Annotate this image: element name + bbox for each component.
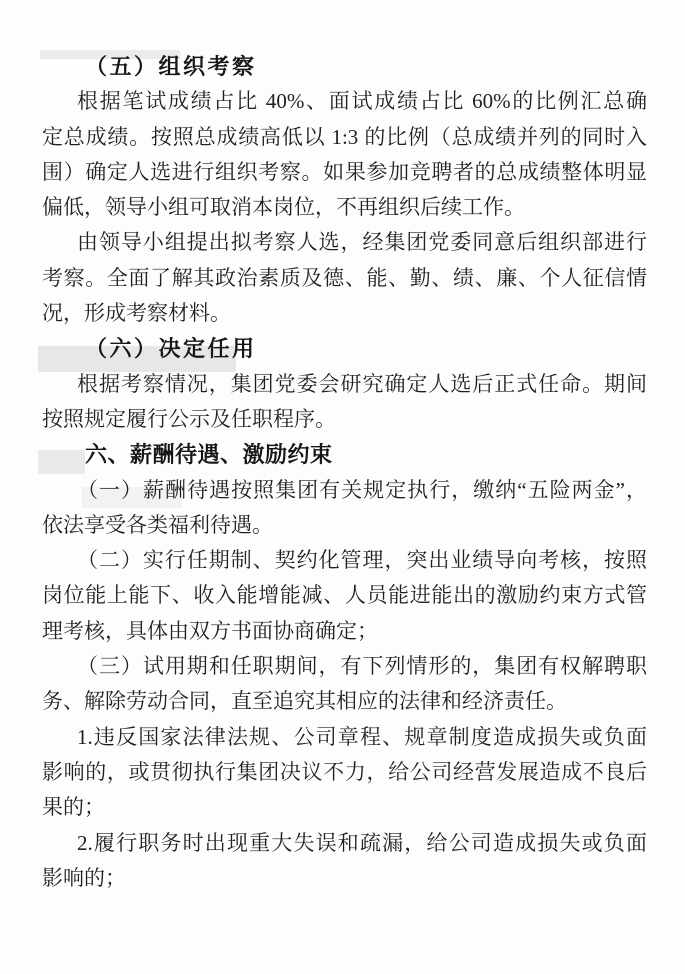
paragraph-line: 围）确定人选进行组织考察。如果参加竞聘者的总成绩整体明显 <box>42 155 647 190</box>
paragraph-line: 依法享受各类福利待遇。 <box>42 508 647 543</box>
paragraph-line: 按照规定履行公示及任职程序。 <box>42 402 647 437</box>
heading-chapter-6: 六、薪酬待遇、激励约束 <box>42 437 647 472</box>
paragraph-line: 根据笔试成绩占比 40%、面试成绩占比 60%的比例汇总确 <box>42 84 647 119</box>
paragraph-line: （一）薪酬待遇按照集团有关规定执行，缴纳“五险两金”， <box>42 473 647 508</box>
paragraph-line: 理考核，具体由双方书面协商确定； <box>42 614 647 649</box>
paragraph-line: 况，形成考察材料。 <box>42 296 647 331</box>
paragraph-line: 2.履行职务时出现重大失误和疏漏，给公司造成损失或负面 <box>42 826 647 861</box>
paragraph-line: 影响的，或贯彻执行集团决议不力，给公司经营发展造成不良后 <box>42 755 647 790</box>
paragraph-line: 果的； <box>42 790 647 825</box>
heading-section-6: （六）决定任用 <box>42 331 647 366</box>
paragraph-line: 偏低，领导小组可取消本岗位，不再组织后续工作。 <box>42 190 647 225</box>
paragraph-line: 1.违反国家法律法规、公司章程、规章制度造成损失或负面 <box>42 720 647 755</box>
paragraph-line: （三）试用期和任职期间，有下列情形的，集团有权解聘职 <box>42 649 647 684</box>
paragraph-line: （二）实行任期制、契约化管理，突出业绩导向考核，按照 <box>42 543 647 578</box>
paragraph-line: 岗位能上能下、收入能增能减、人员能进能出的激励约束方式管 <box>42 578 647 613</box>
heading-section-5: （五）组织考察 <box>42 49 647 84</box>
paragraph-line: 影响的； <box>42 861 647 896</box>
paragraph-line: 考察。全面了解其政治素质及德、能、勤、绩、廉、个人征信情 <box>42 261 647 296</box>
document-page: （五）组织考察根据笔试成绩占比 40%、面试成绩占比 60%的比例汇总确定总成绩… <box>0 0 685 974</box>
paragraph-line: 务、解除劳动合同，直至追究其相应的法律和经济责任。 <box>42 684 647 719</box>
paragraph-line: 定总成绩。按照总成绩高低以 1:3 的比例（总成绩并列的同时入 <box>42 120 647 155</box>
paragraph-line: 根据考察情况，集团党委会研究确定人选后正式任命。期间 <box>42 367 647 402</box>
document-body: （五）组织考察根据笔试成绩占比 40%、面试成绩占比 60%的比例汇总确定总成绩… <box>42 49 647 896</box>
paragraph-line: 由领导小组提出拟考察人选，经集团党委同意后组织部进行 <box>42 225 647 260</box>
